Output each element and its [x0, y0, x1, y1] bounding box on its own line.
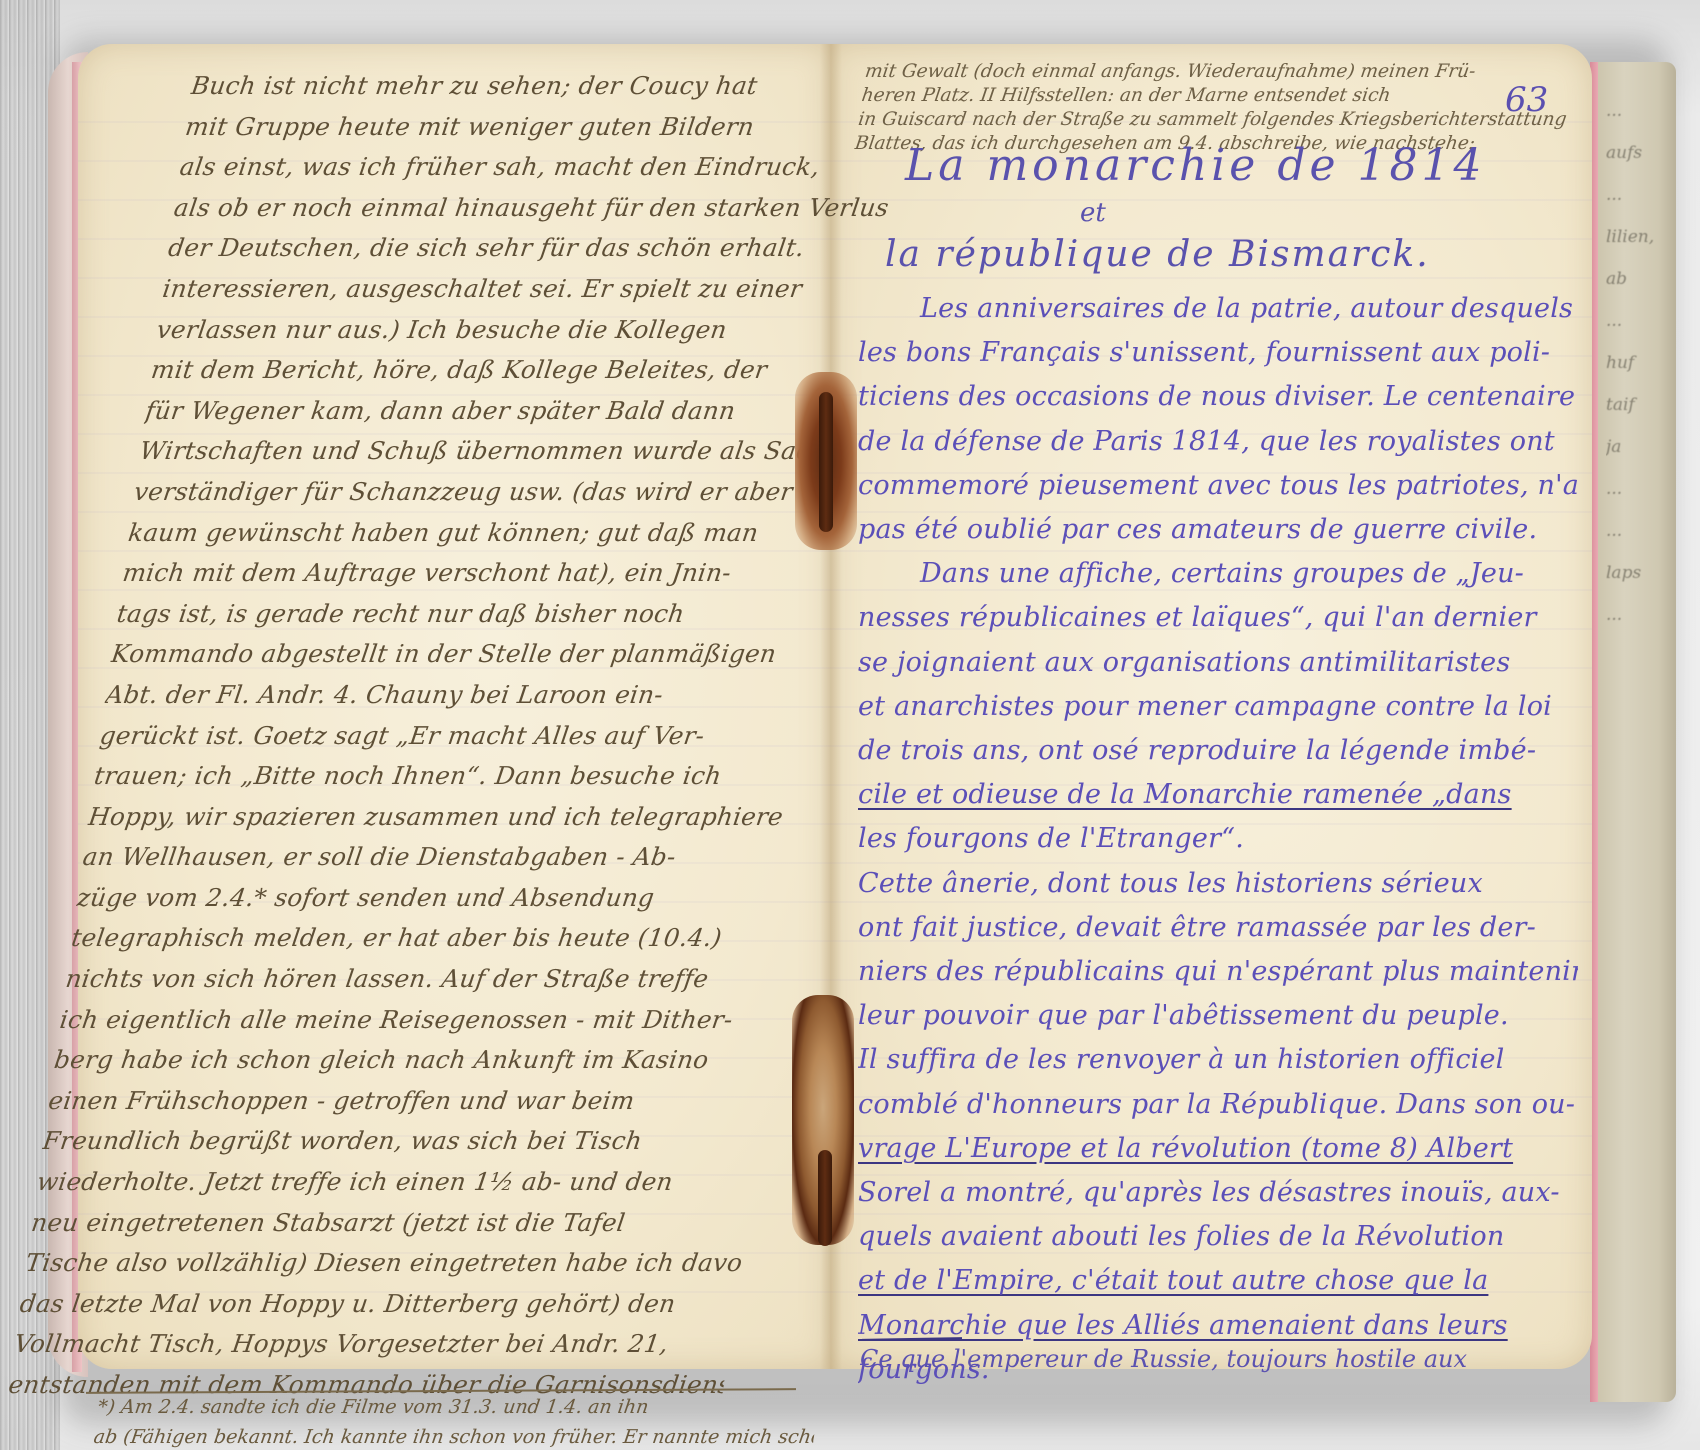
text-line: tags ist, is gerade recht nur daß bisher…: [114, 594, 835, 635]
text-line: Buch ist nicht mehr zu sehen; der Coucy …: [188, 66, 909, 107]
text-line: Tische also vollzählig) Diesen eingetret…: [23, 1243, 744, 1284]
text-line: Hoppy, wir spazieren zusammen und ich te…: [86, 797, 807, 838]
text-line: züge vom 2.4.* sofort senden und Absendu…: [74, 878, 795, 919]
text-line: der Deutschen, die sich sehr für das sch…: [166, 228, 887, 269]
text-line: et anarchistes pour mener campagne contr…: [858, 685, 1578, 729]
page-number: 63: [1505, 80, 1548, 120]
right-page-french-text: Les anniversaires de la patrie, autour d…: [858, 287, 1578, 1392]
footnote-line: *) Am 2.4. sandte ich die Filme vom 31.3…: [96, 1392, 820, 1422]
text-line: interessieren, ausgeschaltet sei. Er spi…: [160, 269, 881, 310]
text-line: trauen; ich „Bitte noch Ihnen“. Dann bes…: [91, 756, 812, 797]
text-line: Dans une affiche, certains groupes de „J…: [858, 552, 1578, 596]
text-line: de la défense de Paris 1814, que les roy…: [858, 420, 1578, 464]
text-line: nesses républicaines et laïques“, qui l'…: [858, 596, 1578, 640]
text-line: heren Platz. II Hilfsstellen: an der Mar…: [860, 84, 1583, 108]
text-line: ticiens des occasions de nous diviser. L…: [858, 375, 1578, 419]
footnote-line: ab (Fähigen bekannt. Ich kannte ihn scho…: [92, 1422, 816, 1450]
text-line-underlined: et de l'Empire, c'était tout autre chose…: [858, 1259, 1578, 1303]
text-line: Sorel a montré, qu'après les désastres i…: [858, 1171, 1578, 1215]
continuation-line: Ce que l'empereur de Russie, toujours ho…: [860, 1345, 1467, 1373]
text-line: verlassen nur aus.) Ich besuche die Koll…: [154, 310, 875, 351]
text-line: Vollmacht Tisch, Hoppys Vorgesetzter bei…: [12, 1324, 733, 1365]
text-line: commemoré pieusement avec tous les patri…: [858, 464, 1578, 508]
text-line: les fourgons de l'Etranger“.: [858, 817, 1578, 861]
article-title: La monarchie de 1814: [905, 140, 1486, 191]
staple-bottom: [818, 1150, 832, 1246]
article-title-connector: et: [1080, 198, 1106, 228]
text-line: ich eigentlich alle meine Reisegenossen …: [57, 1000, 778, 1041]
text-line: als einst, was ich früher sah, macht den…: [177, 147, 898, 188]
text-line: Les anniversaires de la patrie, autour d…: [858, 287, 1578, 331]
text-line: les bons Français s'unissent, fournissen…: [858, 331, 1578, 375]
text-line: verständiger für Schanzzeug usw. (das wi…: [131, 472, 852, 513]
text-line: nichts von sich hören lassen. Auf der St…: [63, 959, 784, 1000]
text-line: de trois ans, ont osé reproduire la lége…: [858, 729, 1578, 773]
text-line: an Wellhausen, er soll die Dienstabgaben…: [80, 837, 801, 878]
back-page-fragments: ... aufs ... lilien, ab ... huf taif ja …: [1606, 90, 1672, 1390]
text-line: berg habe ich schon gleich nach Ankunft …: [52, 1040, 773, 1081]
text-line: ont fait justice, devait être ramassée p…: [858, 906, 1578, 950]
text-line-underlined: Monarchie que les Alliés amenaient dans …: [858, 1304, 1578, 1348]
text-line: comblé d'honneurs par la République. Dan…: [858, 1083, 1578, 1127]
text-line-underlined: vrage L'Europe et la révolution (tome 8)…: [858, 1127, 1578, 1171]
text-line: quels avaient abouti les folies de la Ré…: [858, 1215, 1578, 1259]
text-line: kaum gewünscht haben gut können; gut daß…: [126, 513, 847, 554]
text-line: mit dem Bericht, höre, daß Kollege Belei…: [148, 350, 869, 391]
left-page-footnote: *) Am 2.4. sandte ich die Filme vom 31.3…: [92, 1392, 820, 1450]
text-line: als ob er noch einmal hinausgeht für den…: [171, 188, 892, 229]
text-line: Kommando abgestellt in der Stelle der pl…: [109, 634, 830, 675]
text-line: mich mit dem Auftrage verschont hat), ei…: [120, 553, 841, 594]
text-line-underlined: cile et odieuse de la Monarchie ramenée …: [858, 773, 1578, 817]
text-line: leur pouvoir que par l'abêtissement du p…: [858, 994, 1578, 1038]
text-line: Abt. der Fl. Andr. 4. Chauny bei Laroon …: [103, 675, 824, 716]
text-line: pas été oublié par ces amateurs de guerr…: [858, 508, 1578, 552]
text-line: telegraphisch melden, er hat aber bis he…: [69, 918, 790, 959]
text-line: se joignaient aux organisations antimili…: [858, 641, 1578, 685]
text-line: einen Frühschoppen - getroffen und war b…: [46, 1081, 767, 1122]
text-line: Freundlich begrüßt worden, was sich bei …: [40, 1121, 761, 1162]
text-line: Il suffira de les renvoyer à un historie…: [858, 1038, 1578, 1082]
text-line: für Wegener kam, dann aber später Bald d…: [143, 391, 864, 432]
text-line: mit Gruppe heute mit weniger guten Bilde…: [183, 107, 904, 148]
staple-top: [819, 392, 833, 532]
text-line: neu eingetretenen Stabsarzt (jetzt ist d…: [29, 1203, 750, 1244]
article-subtitle: la république de Bismarck.: [885, 234, 1430, 275]
text-line: wiederholte. Jetzt treffe ich einen 1½ a…: [34, 1162, 755, 1203]
text-line: das letzte Mal von Hoppy u. Ditterberg g…: [17, 1284, 738, 1325]
text-line: Wirtschaften und Schuß übernommen wurde …: [137, 431, 858, 472]
text-line: niers des républicains qui n'espérant pl…: [858, 950, 1578, 994]
text-line: gerückt ist. Goetz sagt „Er macht Alles …: [97, 716, 818, 757]
text-line: Cette ânerie, dont tous les historiens s…: [858, 862, 1578, 906]
text-line: mit Gewalt (doch einmal anfangs. Wiedera…: [863, 60, 1586, 84]
text-line: in Guiscard nach der Straße zu sammelt f…: [857, 108, 1580, 132]
